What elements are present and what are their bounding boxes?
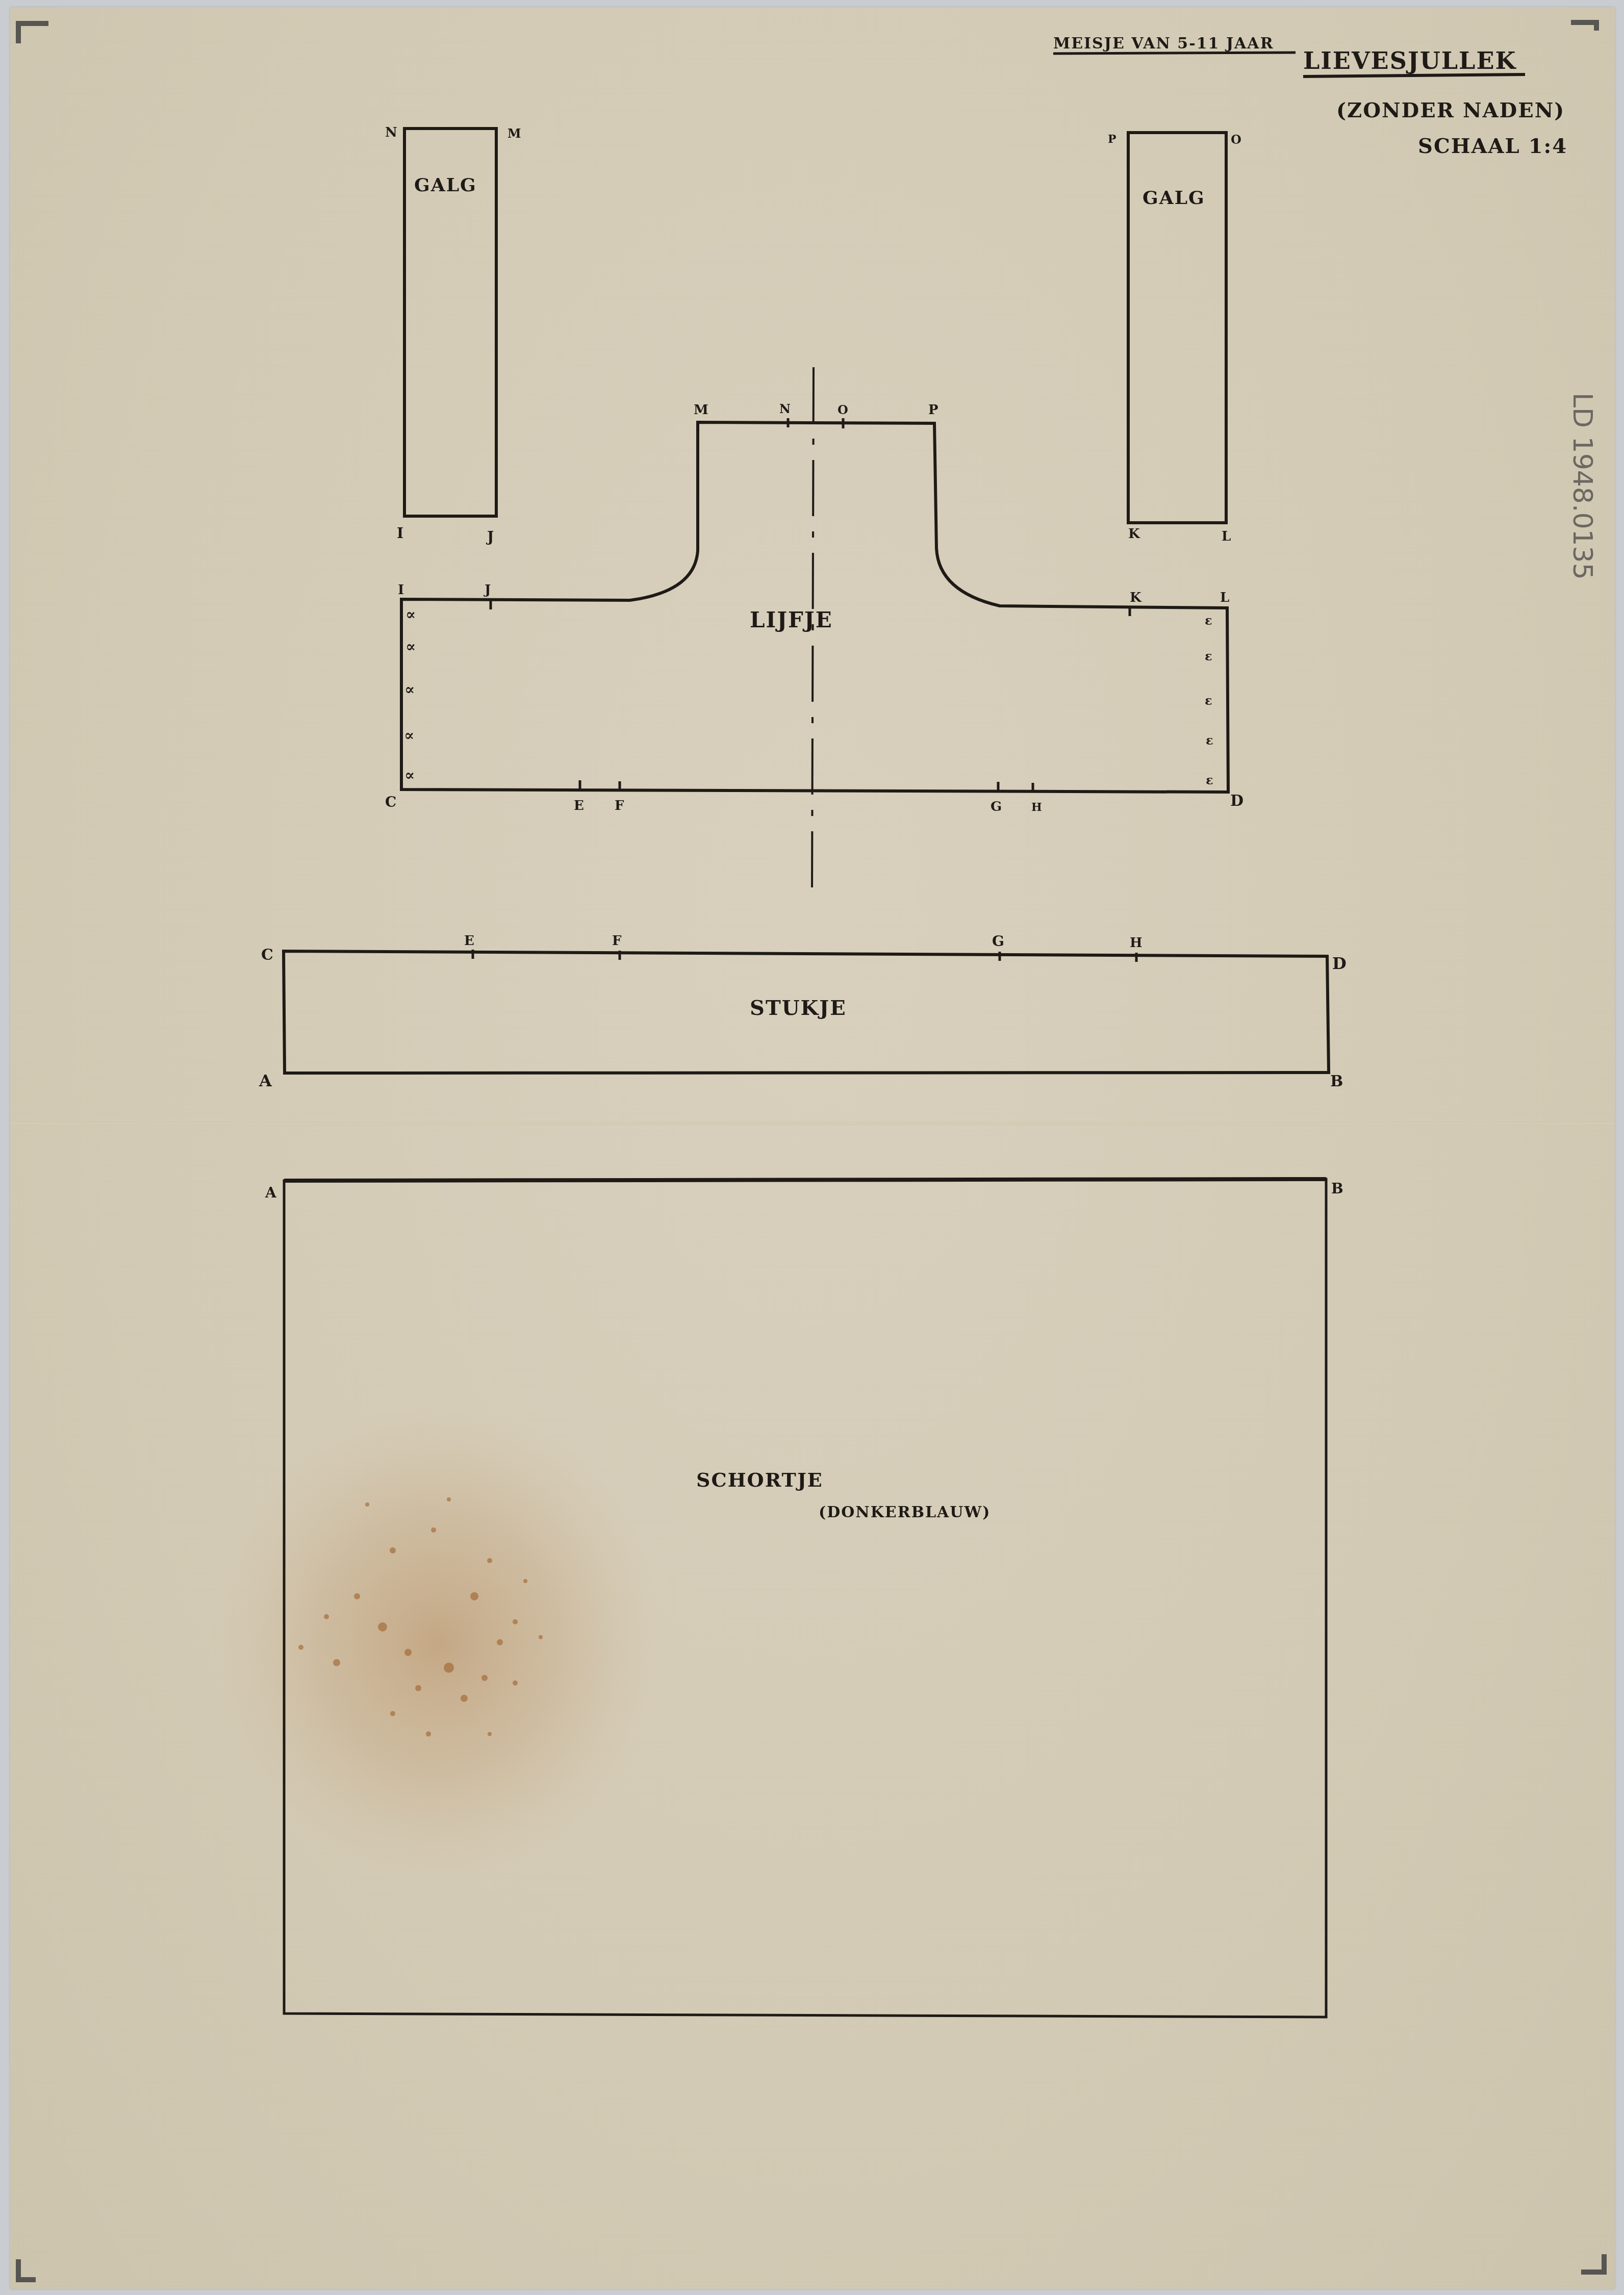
buttonhole-icon: ∝ [405,638,417,656]
lijfje-label: LIJFJE [750,607,833,632]
buttonhole-icon: ∝ [404,681,416,699]
buttonhole-icon: ∝ [404,727,415,745]
mark-E: E [574,798,585,813]
mark-P: P [928,402,940,418]
mark-M: M [694,402,709,418]
mark-C: C [385,794,397,810]
mark-O: O [838,402,849,417]
mark-O: O [1231,132,1242,147]
mark-J: J [484,582,492,598]
piece-stukje: STUKJE C E F G H D A B [259,933,1348,1090]
mark-L: L [1220,590,1230,605]
mark-G: G [992,933,1005,950]
mark-I: I [397,525,404,542]
mark-K: K [1130,590,1143,605]
mark-N: N [385,125,398,140]
header-subtitle: MEISJE VAN 5-11 JAAR [1053,35,1274,53]
pattern-drawing: MEISJE VAN 5-11 JAAR LIEVESJULLEK (ZONDE… [0,0,1624,2295]
rust-stain [214,1402,663,1882]
mark-G: G [991,799,1003,814]
button-marks: ε ε ε ε ε [1205,613,1214,787]
mark-L: L [1222,529,1232,544]
stukje-label: STUKJE [750,996,847,1020]
mark-A: A [259,1071,273,1090]
mark-C: C [261,946,274,964]
buttonhole-icon: ∝ [405,606,417,624]
mark-I: I [398,582,405,598]
mark-J: J [486,528,495,545]
mark-B: B [1330,1073,1344,1090]
mark-K: K [1128,526,1141,542]
mark-H: H [1130,935,1144,951]
piece-lijfje: LIJFJE M N O P I J K L C E F G H D ∝ ∝ ∝… [385,367,1245,895]
header: MEISJE VAN 5-11 JAAR LIEVESJULLEK (ZONDE… [1053,35,1567,158]
mark-P: P [1108,133,1118,146]
archive-number: LD 1948.0135 [1567,393,1597,580]
mark-N: N [779,401,792,416]
crop-marks [18,22,1604,2280]
mark-F: F [612,933,622,949]
header-note: (ZONDER NADEN) [1336,98,1565,122]
button-icon: ε [1206,773,1214,787]
mark-H: H [1031,801,1043,814]
button-icon: ε [1206,733,1214,748]
mark-D: D [1230,792,1245,810]
button-icon: ε [1205,613,1213,628]
mark-M: M [508,126,522,141]
piece-galg-left: GALG N M I J [385,125,522,545]
mark-F: F [615,798,625,813]
mark-A: A [265,1184,277,1201]
mark-D: D [1332,954,1348,973]
piece-galg-right: GALG P O K L [1108,132,1242,544]
galg-left-label: GALG [414,174,477,196]
galg-right-label: GALG [1143,187,1205,209]
schortje-note: (DONKERBLAUW) [819,1503,991,1521]
header-scale: SCHAAL 1:4 [1418,134,1567,158]
schortje-label: SCHORTJE [696,1468,823,1491]
mark-B: B [1331,1180,1344,1197]
button-icon: ε [1205,649,1213,664]
buttonhole-marks: ∝ ∝ ∝ ∝ ∝ [404,606,417,784]
mark-E: E [464,933,475,949]
header-title: LIEVESJULLEK [1303,47,1517,74]
button-icon: ε [1205,693,1213,708]
buttonhole-icon: ∝ [404,767,416,784]
